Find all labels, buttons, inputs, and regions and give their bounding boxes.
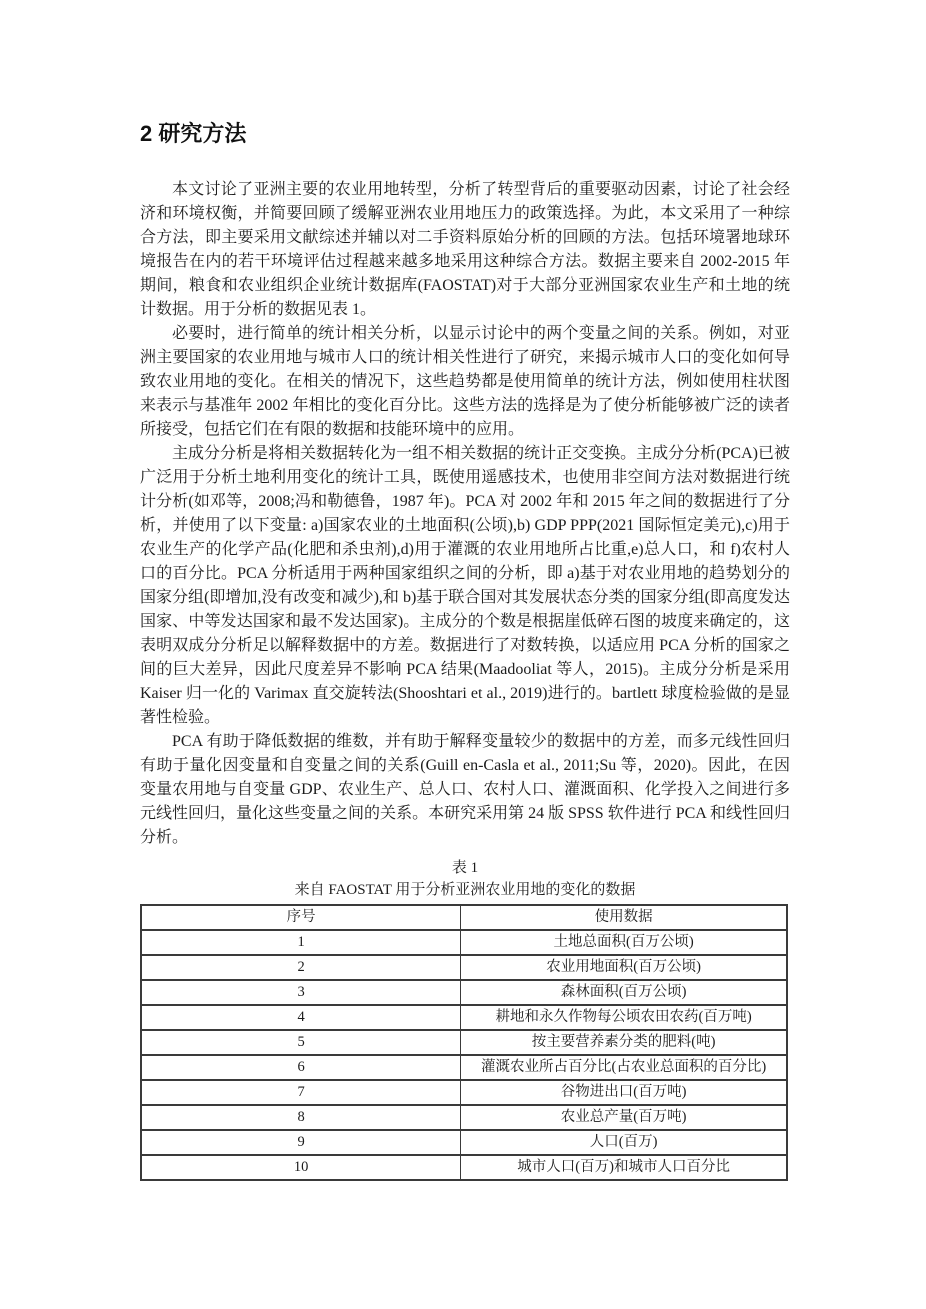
faostat-data-table: 序号 使用数据 1 土地总面积(百万公顷) 2 农业用地面积(百万公顷) 3: [140, 904, 788, 1181]
paragraph-overview: 本文讨论了亚洲主要的农业用地转型，分析了转型背后的重要驱动因素，讨论了社会经济和…: [140, 178, 790, 322]
cell-index: 7: [141, 1080, 461, 1105]
column-header-data: 使用数据: [461, 905, 787, 930]
table-header-row: 序号 使用数据: [141, 905, 787, 930]
table-row: 8 农业总产量(百万吨): [141, 1105, 787, 1130]
cell-data: 土地总面积(百万公顷): [461, 930, 787, 955]
cell-data: 人口(百万): [461, 1130, 787, 1155]
cell-data: 按主要营养素分类的肥料(吨): [461, 1030, 787, 1055]
cell-data: 森林面积(百万公顷): [461, 980, 787, 1005]
cell-index: 4: [141, 1005, 461, 1030]
table-row: 4 耕地和永久作物每公顷农田农药(百万吨): [141, 1005, 787, 1030]
column-header-index: 序号: [141, 905, 461, 930]
document-page: 2 研究方法 本文讨论了亚洲主要的农业用地转型，分析了转型背后的重要驱动因素，讨…: [0, 0, 926, 1309]
table-caption: 表 1: [140, 858, 790, 878]
cell-index: 2: [141, 955, 461, 980]
cell-index: 5: [141, 1030, 461, 1055]
cell-data: 耕地和永久作物每公顷农田农药(百万吨): [461, 1005, 787, 1030]
paragraph-pca-method: 主成分分析是将相关数据转化为一组不相关数据的统计正交变换。主成分分析(PCA)已…: [140, 442, 790, 730]
table-subcaption: 来自 FAOSTAT 用于分析亚洲农业用地的变化的数据: [140, 878, 790, 902]
table-row: 1 土地总面积(百万公顷): [141, 930, 787, 955]
cell-data: 农业总产量(百万吨): [461, 1105, 787, 1130]
table-block: 表 1 来自 FAOSTAT 用于分析亚洲农业用地的变化的数据 序号 使用数据 …: [140, 858, 790, 1181]
cell-index: 1: [141, 930, 461, 955]
section-heading: 2 研究方法: [140, 118, 790, 150]
cell-data: 谷物进出口(百万吨): [461, 1080, 787, 1105]
table-row: 5 按主要营养素分类的肥料(吨): [141, 1030, 787, 1055]
cell-index: 3: [141, 980, 461, 1005]
cell-index: 9: [141, 1130, 461, 1155]
cell-data: 灌溉农业所占百分比(占农业总面积的百分比): [461, 1055, 787, 1080]
table-row: 9 人口(百万): [141, 1130, 787, 1155]
table-row: 7 谷物进出口(百万吨): [141, 1080, 787, 1105]
cell-index: 10: [141, 1155, 461, 1180]
cell-data: 农业用地面积(百万公顷): [461, 955, 787, 980]
cell-data: 城市人口(百万)和城市人口百分比: [461, 1155, 787, 1180]
table-row: 2 农业用地面积(百万公顷): [141, 955, 787, 980]
table-row: 6 灌溉农业所占百分比(占农业总面积的百分比): [141, 1055, 787, 1080]
text-column: 2 研究方法 本文讨论了亚洲主要的农业用地转型，分析了转型背后的重要驱动因素，讨…: [140, 118, 790, 1181]
table-row: 10 城市人口(百万)和城市人口百分比: [141, 1155, 787, 1180]
paragraph-regression: PCA 有助于降低数据的维数，并有助于解释变量较少的数据中的方差，而多元线性回归…: [140, 730, 790, 850]
paragraph-correlation-analysis: 必要时，进行简单的统计相关分析，以显示讨论中的两个变量之间的关系。例如，对亚洲主…: [140, 322, 790, 442]
table-row: 3 森林面积(百万公顷): [141, 980, 787, 1005]
cell-index: 8: [141, 1105, 461, 1130]
cell-index: 6: [141, 1055, 461, 1080]
